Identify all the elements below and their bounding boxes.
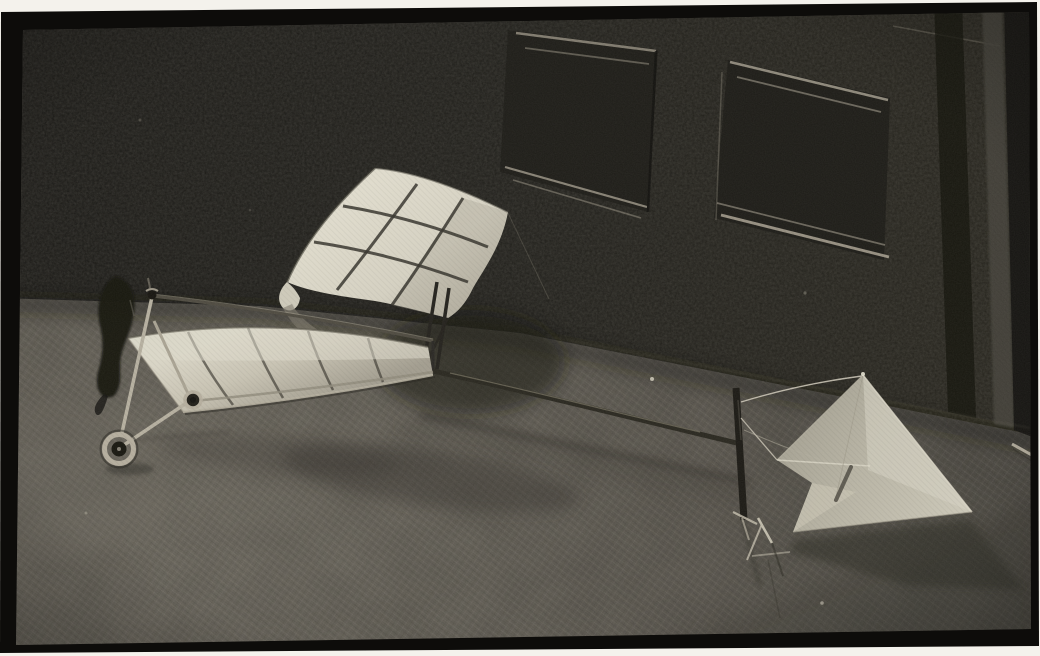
photograph: [0, 0, 1040, 656]
vignette: [0, 0, 1040, 656]
photo-plate: [0, 0, 1040, 656]
